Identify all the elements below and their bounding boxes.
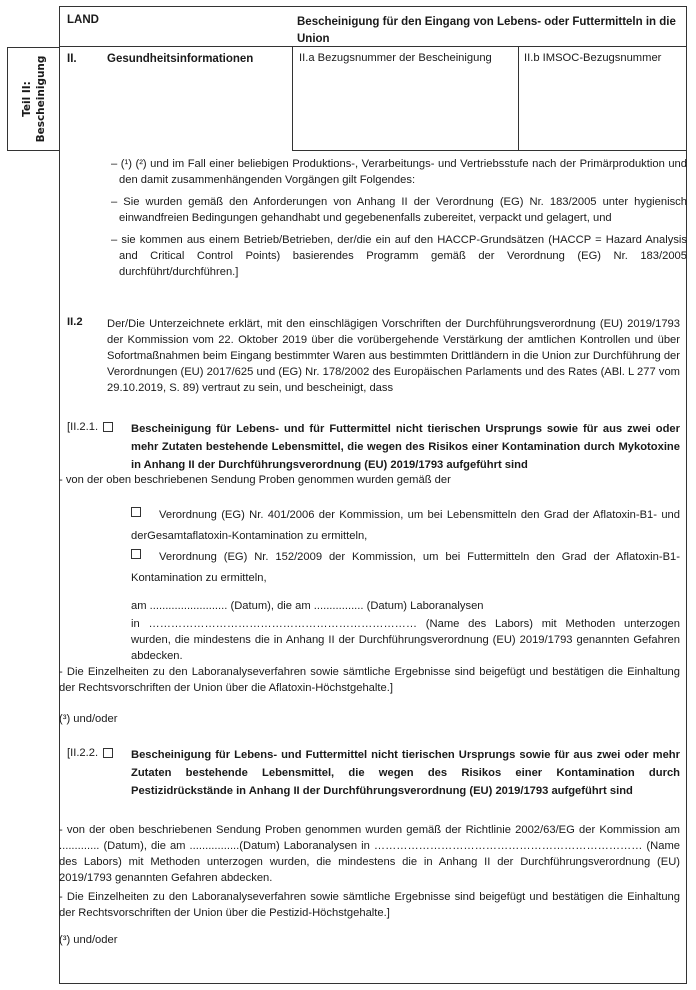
option-text: Verordnung (EG) Nr. 152/2009 der Kommiss… <box>131 547 680 589</box>
certificate-reference-label: II.a Bezugsnummer der Bescheinigung <box>299 52 492 64</box>
option-text: Verordnung (EG) Nr. 401/2006 der Kommiss… <box>131 505 680 547</box>
intro-item: – sie kommen aus einem Betrieb/Betrieben… <box>111 232 687 280</box>
ii2-1-number-text: [II.2.1. <box>67 421 98 433</box>
lab-analysis-name-line: in ……………………………………………………………… (Name des La… <box>131 616 680 664</box>
section-title: Gesundheitsinformationen <box>107 53 253 65</box>
ii2-1-sampling-intro: - von der oben beschriebenen Sendung Pro… <box>59 474 451 486</box>
certificate-header: LAND Bescheinigung für den Eingang von L… <box>59 6 687 47</box>
ii2-1-title: Bescheinigung für Lebens- und für Futter… <box>131 420 680 474</box>
ii2-2-details: - Die Einzelheiten zu den Laboranalyseve… <box>59 889 680 921</box>
ii2-1-number: [II.2.1. <box>67 421 115 433</box>
side-tab-line2: Bescheinigung <box>34 56 48 143</box>
imsoc-reference-label: II.b IMSOC-Bezugsnummer <box>524 52 661 64</box>
intro-item: – (¹) (²) und im Fall einer beliebigen P… <box>111 156 687 188</box>
certificate-reference-field[interactable]: II.a Bezugsnummer der Bescheinigung <box>292 47 519 151</box>
side-tab-line1: Teil II: <box>20 56 34 143</box>
ii2-2-and-or: (³) und/oder <box>59 934 117 946</box>
part-ii-side-tab: Teil II: Bescheinigung <box>7 47 59 151</box>
ii2-text: Der/Die Unterzeichnete erklärt, mit den … <box>107 316 680 396</box>
ii2-2-number-text: [II.2.2. <box>67 747 98 759</box>
lab-analysis-date-line: am ......................... (Datum), di… <box>131 600 484 612</box>
ii2-1-checkbox[interactable] <box>103 422 113 432</box>
ii2-2-number: [II.2.2. <box>67 747 115 759</box>
intro-item: – Sie wurden gemäß den Anforderungen von… <box>111 194 687 226</box>
ii2-1-and-or: (³) und/oder <box>59 713 117 725</box>
certificate-title: Bescheinigung für den Eingang von Lebens… <box>297 14 677 48</box>
country-label: LAND <box>67 14 99 26</box>
ii2-number: II.2 <box>67 316 83 328</box>
part-ii-label: Teil II: Bescheinigung <box>20 56 48 143</box>
imsoc-reference-field[interactable]: II.b IMSOC-Bezugsnummer <box>518 47 687 151</box>
ii2-2-sampling-text: - von der oben beschriebenen Sendung Pro… <box>59 822 680 886</box>
ii2-2-title: Bescheinigung für Lebens- und Futtermitt… <box>131 746 680 800</box>
ii2-1-details: - Die Einzelheiten zu den Laboranalyseve… <box>59 664 680 696</box>
section-number: II. <box>67 53 77 65</box>
ii2-2-checkbox[interactable] <box>103 748 113 758</box>
section-header-row: II. Gesundheitsinformationen II.a Bezugs… <box>59 47 687 151</box>
